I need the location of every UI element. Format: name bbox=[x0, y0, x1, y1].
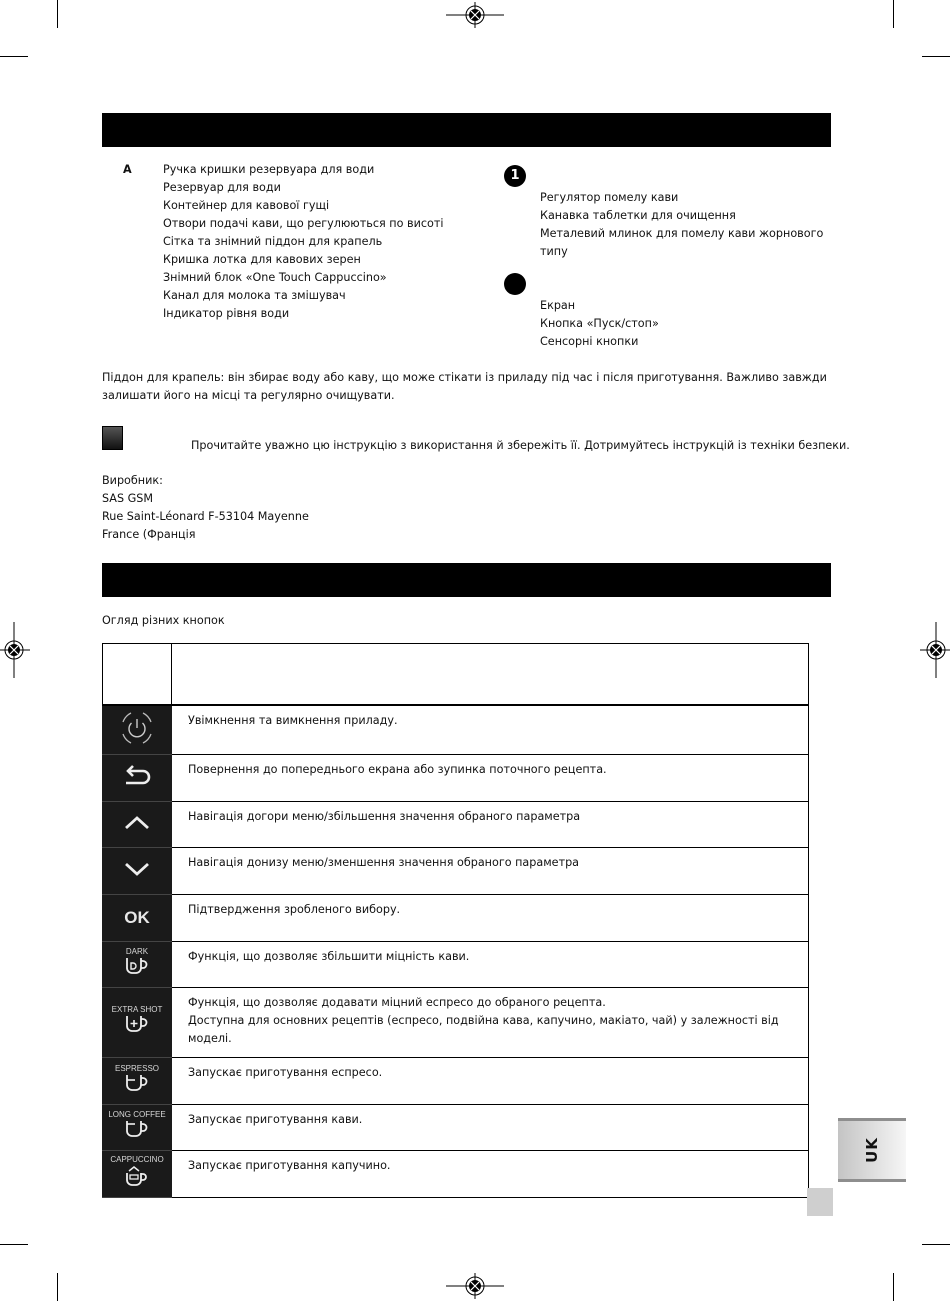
power-icon bbox=[115, 706, 159, 754]
button-icon-cell: CAPPUCCINO bbox=[103, 1151, 172, 1198]
crop-mark bbox=[0, 1244, 28, 1245]
manufacturer-name: SAS GSM bbox=[102, 490, 847, 508]
button-description: Підтвердження зробленого вибору. bbox=[172, 895, 809, 942]
table-row: ESPRESSOЗапускає приготування еспресо. bbox=[103, 1058, 809, 1105]
button-icon-cell: DARK bbox=[103, 942, 172, 988]
button-label: LONG COFFEE bbox=[103, 1110, 171, 1119]
button-description: Запускає приготування еспресо. bbox=[172, 1058, 809, 1105]
button-description: Повернення до попереднього екрана або зу… bbox=[172, 755, 809, 802]
list-item: Ручка кришки резервуара для води bbox=[163, 161, 443, 179]
buttons-table: Увімкнення та вимкнення приладу.Повернен… bbox=[102, 643, 809, 1198]
description-line: Навігація догори меню/збільшення значенн… bbox=[188, 808, 792, 826]
manufacturer-country: France (Франція bbox=[102, 526, 847, 544]
bullet-number-2 bbox=[504, 273, 526, 295]
cappuccino-cup-icon bbox=[124, 1164, 150, 1192]
table-row: EXTRA SHOTФункція, що дозволяє додавати … bbox=[103, 988, 809, 1058]
list-item: Отвори подачі кави, що регулюються по ви… bbox=[163, 215, 443, 233]
button-icon-cell: LONG COFFEE bbox=[103, 1105, 172, 1151]
book-icon bbox=[102, 426, 123, 450]
crop-mark bbox=[922, 56, 950, 57]
manufacturer-label: Виробник: bbox=[102, 472, 847, 490]
section-letter-a: A bbox=[123, 161, 132, 179]
chevron-up-icon bbox=[122, 813, 152, 837]
crop-mark bbox=[0, 56, 28, 57]
registration-mark-icon bbox=[446, 1273, 504, 1299]
dark-cup-icon bbox=[124, 956, 150, 980]
description-line: Запускає приготування капучино. bbox=[188, 1157, 792, 1175]
list-item: Екран bbox=[540, 297, 659, 315]
manufacturer-address: Rue Saint-Léonard F-53104 Mayenne bbox=[102, 508, 847, 526]
drip-note-line: Піддон для крапель: він збирає воду або … bbox=[102, 369, 847, 387]
crop-mark bbox=[57, 1273, 58, 1301]
description-line: Функція, що дозволяє додавати міцний есп… bbox=[188, 994, 792, 1012]
buttons-overview-intro: Огляд різних кнопок bbox=[102, 612, 225, 630]
description-line: Доступна для основних рецептів (еспресо,… bbox=[188, 1012, 792, 1030]
button-label: DARK bbox=[103, 947, 171, 956]
registration-mark-icon bbox=[0, 622, 30, 678]
list-item: Кнопка «Пуск/стоп» bbox=[540, 315, 659, 333]
crop-mark bbox=[922, 1244, 950, 1245]
button-description: Увімкнення та вимкнення приладу. bbox=[172, 705, 809, 755]
table-row: CAPPUCCINOЗапускає приготування капучино… bbox=[103, 1151, 809, 1198]
table-row: LONG COFFEEЗапускає приготування кави. bbox=[103, 1105, 809, 1151]
chevron-down-icon bbox=[122, 859, 152, 883]
list-item: Резервуар для води bbox=[163, 179, 443, 197]
drip-note-line: залишати його на місці та регулярно очищ… bbox=[102, 387, 847, 405]
list-item: Кришка лотка для кавових зерен bbox=[163, 251, 443, 269]
button-icon-cell bbox=[103, 848, 172, 895]
table-row: OKПідтвердження зробленого вибору. bbox=[103, 895, 809, 942]
button-icon-cell: OK bbox=[103, 895, 172, 942]
description-line: Повернення до попереднього екрана або зу… bbox=[188, 761, 792, 779]
button-label: EXTRA SHOT bbox=[103, 1005, 171, 1014]
section-header-bar bbox=[102, 113, 831, 147]
description-line: Навігація донизу меню/зменшення значення… bbox=[188, 854, 792, 872]
header-icon-cell bbox=[103, 644, 172, 706]
table-header-row bbox=[103, 644, 809, 706]
list-item: Канал для молока та змішувач bbox=[163, 287, 443, 305]
table-row: Увімкнення та вимкнення приладу. bbox=[103, 705, 809, 755]
page-number-box bbox=[807, 1188, 833, 1216]
description-line: Функція, що дозволяє збільшити міцність … bbox=[188, 948, 792, 966]
extra-shot-cup-icon bbox=[124, 1014, 150, 1038]
button-description: Функція, що дозволяє збільшити міцність … bbox=[172, 942, 809, 988]
list-item: Металевий млинок для помелу кави жорново… bbox=[540, 225, 823, 243]
list-item: Сенсорні кнопки bbox=[540, 333, 659, 351]
bullet-number-1: 1 bbox=[504, 165, 526, 187]
registration-mark-icon bbox=[920, 622, 950, 678]
description-line: моделі. bbox=[188, 1030, 792, 1048]
manufacturer-block: Виробник: SAS GSM Rue Saint-Léonard F-53… bbox=[102, 472, 847, 544]
description-line: Увімкнення та вимкнення приладу. bbox=[188, 712, 792, 730]
description-line: Запускає приготування кави. bbox=[188, 1111, 792, 1129]
language-tab: UK bbox=[838, 1118, 906, 1182]
crop-mark bbox=[893, 1273, 894, 1301]
button-label: ESPRESSO bbox=[103, 1064, 171, 1073]
registration-mark-icon bbox=[446, 2, 504, 28]
parts-list-2: ЕкранКнопка «Пуск/стоп»Сенсорні кнопки bbox=[540, 297, 659, 351]
button-description: Запускає приготування кави. bbox=[172, 1105, 809, 1151]
table-row: Навігація донизу меню/зменшення значення… bbox=[103, 848, 809, 895]
button-description: Запускає приготування капучино. bbox=[172, 1151, 809, 1198]
button-icon-cell bbox=[103, 755, 172, 802]
parts-list-1: Регулятор помелу кавиКанавка таблетки дл… bbox=[540, 189, 823, 261]
list-item: типу bbox=[540, 243, 823, 261]
section-header-bar bbox=[102, 563, 831, 597]
button-description: Навігація догори меню/збільшення значенн… bbox=[172, 802, 809, 848]
table-row: DARKФункція, що дозволяє збільшити міцні… bbox=[103, 942, 809, 988]
header-desc-cell bbox=[172, 644, 809, 706]
crop-mark bbox=[893, 0, 894, 28]
button-icon-cell bbox=[103, 705, 172, 755]
list-item: Сітка та знімний піддон для крапель bbox=[163, 233, 443, 251]
list-item: Знімний блок «One Touch Cappuccino» bbox=[163, 269, 443, 287]
button-icon-cell bbox=[103, 802, 172, 848]
long-coffee-cup-icon bbox=[124, 1119, 150, 1143]
language-tab-label: UK bbox=[863, 1137, 881, 1163]
list-item: Регулятор помелу кави bbox=[540, 189, 823, 207]
drip-tray-note: Піддон для крапель: він збирає воду або … bbox=[102, 369, 847, 405]
ok-icon: OK bbox=[124, 908, 150, 927]
description-line: Підтвердження зробленого вибору. bbox=[188, 901, 792, 919]
list-item: Канавка таблетки для очищення bbox=[540, 207, 823, 225]
table-row: Повернення до попереднього екрана або зу… bbox=[103, 755, 809, 802]
espresso-cup-icon bbox=[124, 1073, 150, 1097]
read-instructions-note: Прочитайте уважно цю інструкцію з викори… bbox=[191, 437, 850, 455]
button-description: Функція, що дозволяє додавати міцний есп… bbox=[172, 988, 809, 1058]
description-line: Запускає приготування еспресо. bbox=[188, 1064, 792, 1082]
button-description: Навігація донизу меню/зменшення значення… bbox=[172, 848, 809, 895]
list-item: Контейнер для кавової гущі bbox=[163, 197, 443, 215]
button-label: CAPPUCCINO bbox=[103, 1155, 171, 1164]
back-icon bbox=[119, 761, 155, 795]
parts-list-a: Ручка кришки резервуара для водиРезервуа… bbox=[163, 161, 443, 323]
table-row: Навігація догори меню/збільшення значенн… bbox=[103, 802, 809, 848]
button-icon-cell: ESPRESSO bbox=[103, 1058, 172, 1105]
button-icon-cell: EXTRA SHOT bbox=[103, 988, 172, 1058]
crop-mark bbox=[57, 0, 58, 28]
list-item: Індикатор рівня води bbox=[163, 305, 443, 323]
